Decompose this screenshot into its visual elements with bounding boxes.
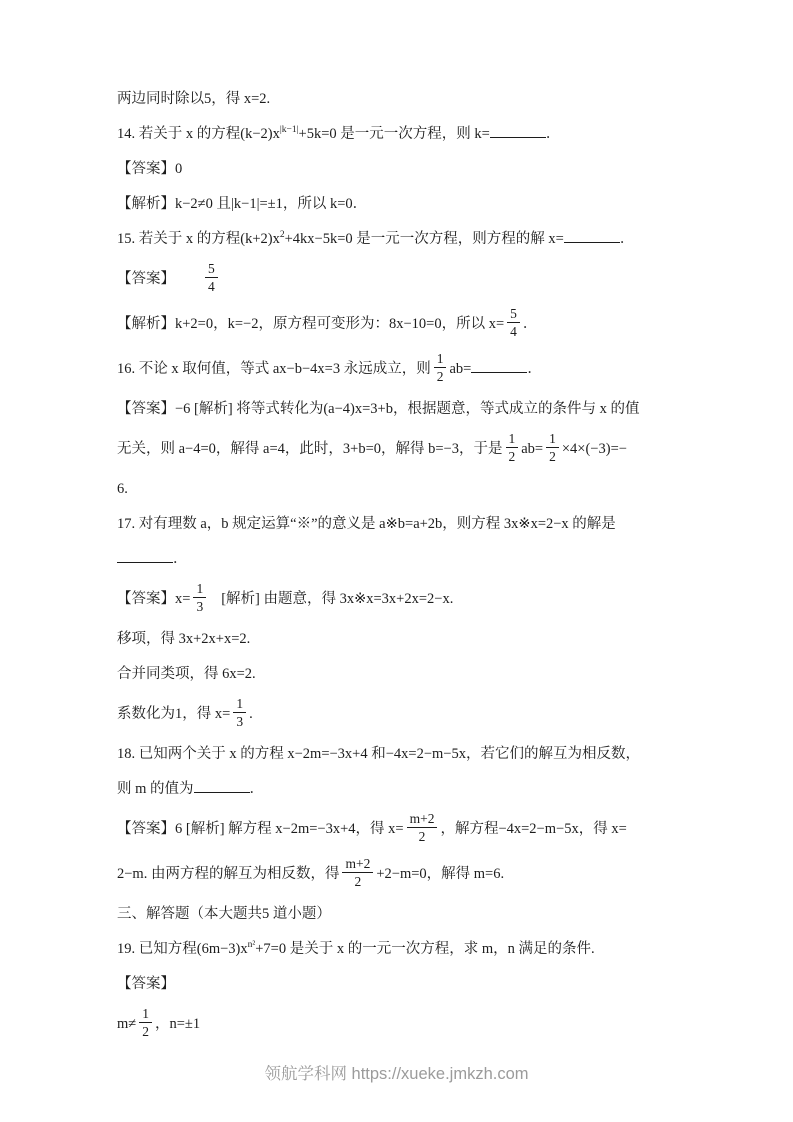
answer-label: 【答案】: [117, 271, 175, 287]
fraction-numerator: 1: [506, 431, 519, 448]
text-segment: 19. 已知方程(6m−3)x: [117, 941, 248, 957]
fraction-denominator: 2: [139, 1023, 152, 1039]
question-17-stem: 17. 对有理数 a，b 规定运算“※”的意义是 a※b=a+2b，则方程 3x…: [117, 513, 701, 536]
fraction-denominator: 3: [193, 598, 206, 614]
prev-solution-tail: 两边同时除以5，得 x=2.: [117, 88, 701, 111]
answer-blank: [194, 778, 250, 793]
text-segment: ，解方程−4x=2−m−5x，得 x=: [440, 821, 626, 837]
fraction: 12: [546, 431, 559, 464]
fraction-numerator: m+2: [342, 856, 373, 873]
text-segment: ．: [523, 316, 538, 332]
question-16-answer-line2: 无关，则 a−4=0，解得 a=4，此时，3+b=0，解得 b=−3，于是12a…: [117, 433, 701, 466]
text-segment: 【答案】6 [解析] 解方程 x−2m=−3x+4，得 x=: [117, 821, 404, 837]
footer-watermark: 领航学科网 https://xueke.jmkzh.com: [0, 1060, 793, 1084]
fraction: 54: [205, 261, 218, 294]
question-17-step1: 移项，得 3x+2x+x=2.: [117, 628, 701, 651]
watermark-text: 领航学科网 https://xueke.jmkzh.com: [264, 1065, 528, 1083]
text-segment: ，n=±1: [155, 1016, 200, 1032]
text-segment: 18. 已知两个关于 x 的方程 x−2m=−3x+4 和−4x=2−m−5x，…: [117, 746, 640, 762]
fraction-numerator: 5: [205, 261, 218, 278]
text-segment: ．: [620, 231, 635, 247]
text-segment: 【解析】k+2=0，k=−2，原方程可变形为：8x−10=0，所以 x=: [117, 316, 504, 332]
section-3-heading: 三、解答题（本大题共5 道小题）: [117, 903, 701, 926]
exponent: |k−1|: [280, 125, 299, 135]
text-segment: +5k=0 是一元一次方程，则 k=: [299, 126, 490, 142]
question-18-stem-line2: 则 m 的值为．: [117, 778, 701, 801]
text-segment: +2−m=0，解得 m=6.: [376, 866, 504, 882]
question-14-analysis: 【解析】k−2≠0 且|k−1|=±1，所以 k=0．: [117, 193, 701, 216]
fraction-numerator: 1: [434, 351, 447, 368]
fraction: 54: [507, 306, 520, 339]
answer-label: 【答案】: [117, 976, 175, 992]
question-14-stem: 14. 若关于 x 的方程(k−2)x|k−1|+5k=0 是一元一次方程，则 …: [117, 123, 701, 146]
question-17-step2: 合并同类项，得 6x=2.: [117, 663, 701, 686]
fraction: 13: [233, 696, 246, 729]
question-19-answer: m≠12，n=±1: [117, 1008, 701, 1041]
text-segment: 合并同类项，得 6x=2.: [117, 666, 256, 682]
fraction-numerator: 5: [507, 306, 520, 323]
text-segment: 三、解答题（本大题共5 道小题）: [117, 906, 331, 922]
text-segment: 15. 若关于 x 的方程(k+2)x: [117, 231, 280, 247]
fraction: m+22: [407, 811, 438, 844]
fraction: 12: [434, 351, 447, 384]
question-19-answer-label: 【答案】: [117, 973, 701, 996]
fraction-numerator: 1: [233, 696, 246, 713]
text-segment: m≠: [117, 1016, 136, 1032]
question-18-answer-line2: 2−m. 由两方程的解互为相反数，得m+22+2−m=0，解得 m=6.: [117, 858, 701, 891]
question-16-stem: 16. 不论 x 取何值，等式 ax−b−4x=3 永远成立，则12ab=．: [117, 353, 701, 386]
fraction-denominator: 4: [205, 278, 218, 294]
text-segment: 14. 若关于 x 的方程(k−2)x: [117, 126, 280, 142]
fraction-denominator: 2: [434, 368, 447, 384]
answer-blank: [471, 358, 527, 373]
question-19-stem: 19. 已知方程(6m−3)xn²+7=0 是关于 x 的一元一次方程，求 m，…: [117, 938, 701, 961]
answer-blank: [564, 228, 620, 243]
question-17-step3: 系数化为1，得 x=13.: [117, 698, 701, 731]
worksheet-page: 两边同时除以5，得 x=2. 14. 若关于 x 的方程(k−2)x|k−1|+…: [117, 88, 701, 1053]
text-segment: ab=: [521, 441, 543, 457]
fraction: 12: [506, 431, 519, 464]
text-segment: .: [249, 706, 253, 722]
fraction-numerator: m+2: [407, 811, 438, 828]
fraction-denominator: 4: [507, 323, 520, 339]
text-segment: +7=0 是关于 x 的一元一次方程，求 m，n 满足的条件.: [255, 941, 594, 957]
text-segment: 【答案】−6 [解析] 将等式转化为(a−4)x=3+b，根据题意，等式成立的条…: [117, 401, 639, 417]
text-segment: ×4×(−3)=−: [562, 441, 627, 457]
fraction-denominator: 2: [546, 448, 559, 464]
text-segment: 无关，则 a−4=0，解得 a=4，此时，3+b=0，解得 b=−3，于是: [117, 441, 503, 457]
fraction: 12: [139, 1006, 152, 1039]
text-segment: 6.: [117, 481, 128, 497]
text-segment: ．: [527, 361, 542, 377]
text-segment: ．: [250, 781, 265, 797]
text-segment: ．: [546, 126, 561, 142]
text-segment: 17. 对有理数 a，b 规定运算“※”的意义是 a※b=a+2b，则方程 3x…: [117, 516, 616, 532]
fraction-denominator: 3: [233, 713, 246, 729]
text-segment: +4kx−5k=0 是一元一次方程，则方程的解 x=: [285, 231, 564, 247]
text-segment: ab=: [449, 361, 471, 377]
fraction: 13: [193, 581, 206, 614]
fraction-denominator: 2: [407, 828, 438, 844]
question-17-stem-blank: ．: [117, 548, 701, 571]
question-15-stem: 15. 若关于 x 的方程(k+2)x2+4kx−5k=0 是一元一次方程，则方…: [117, 228, 701, 251]
question-15-analysis: 【解析】k+2=0，k=−2，原方程可变形为：8x−10=0，所以 x=54．: [117, 308, 701, 341]
question-16-answer-line1: 【答案】−6 [解析] 将等式转化为(a−4)x=3+b，根据题意，等式成立的条…: [117, 398, 701, 421]
fraction-denominator: 2: [506, 448, 519, 464]
answer-blank: [117, 548, 173, 563]
question-16-answer-line3: 6.: [117, 478, 701, 501]
text-segment: 【答案】x=: [117, 591, 190, 607]
question-15-answer: 【答案】54: [117, 263, 701, 296]
fraction-denominator: 2: [342, 873, 373, 889]
fraction-numerator: 1: [193, 581, 206, 598]
text-segment: 系数化为1，得 x=: [117, 706, 230, 722]
text-segment: 移项，得 3x+2x+x=2.: [117, 631, 250, 647]
text-segment: 【解析】k−2≠0 且|k−1|=±1，所以 k=0．: [117, 196, 367, 212]
text-segment: [解析] 由题意，得 3x※x=3x+2x=2−x.: [221, 591, 453, 607]
text-segment: 则 m 的值为: [117, 781, 194, 797]
question-17-answer: 【答案】x=13[解析] 由题意，得 3x※x=3x+2x=2−x.: [117, 583, 701, 616]
text-segment: 两边同时除以5，得 x=2.: [117, 91, 270, 107]
fraction-numerator: 1: [139, 1006, 152, 1023]
fraction: m+22: [342, 856, 373, 889]
question-18-answer-line1: 【答案】6 [解析] 解方程 x−2m=−3x+4，得 x=m+22，解方程−4…: [117, 813, 701, 846]
text-segment: 【答案】0: [117, 161, 182, 177]
text-segment: 16. 不论 x 取何值，等式 ax−b−4x=3 永远成立，则: [117, 361, 431, 377]
question-18-stem-line1: 18. 已知两个关于 x 的方程 x−2m=−3x+4 和−4x=2−m−5x，…: [117, 743, 701, 766]
text-segment: ．: [173, 551, 188, 567]
fraction-numerator: 1: [546, 431, 559, 448]
text-segment: 2−m. 由两方程的解互为相反数，得: [117, 866, 339, 882]
answer-blank: [490, 123, 546, 138]
question-14-answer: 【答案】0: [117, 158, 701, 181]
